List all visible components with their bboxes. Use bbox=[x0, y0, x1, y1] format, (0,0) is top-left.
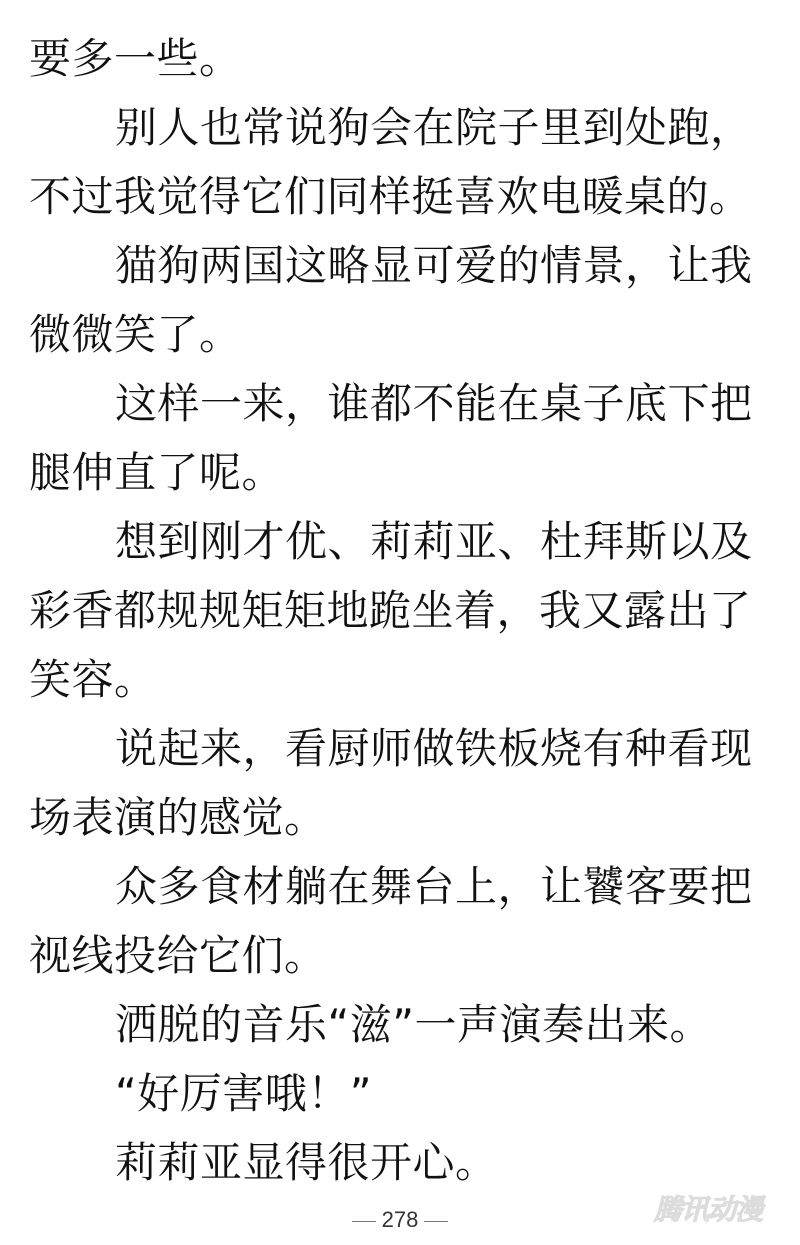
text-line: 微微笑了。 bbox=[29, 300, 777, 369]
page-number: 278 bbox=[382, 1207, 419, 1232]
page-text-body: 要多一些。 别人也常说狗会在院子里到处跑， 不过我觉得它们同样挺喜欢电暖桌的。 … bbox=[29, 24, 777, 1197]
text-line: 想到刚才优、莉莉亚、杜拜斯以及 bbox=[29, 507, 777, 576]
text-line: 笑容。 bbox=[29, 645, 777, 714]
text-line: 说起来，看厨师做铁板烧有种看现 bbox=[29, 714, 777, 783]
text-line: 腿伸直了呢。 bbox=[29, 438, 777, 507]
text-line: “好厉害哦！” bbox=[29, 1059, 777, 1128]
text-line: 猫狗两国这略显可爱的情景，让我 bbox=[29, 231, 777, 300]
text-line: 彩香都规规矩矩地跪坐着，我又露出了 bbox=[29, 576, 777, 645]
text-line: 不过我觉得它们同样挺喜欢电暖桌的。 bbox=[29, 162, 777, 231]
text-line: 这样一来，谁都不能在桌子底下把 bbox=[29, 369, 777, 438]
text-line: 要多一些。 bbox=[29, 24, 777, 93]
text-line: 洒脱的音乐“滋”一声演奏出来。 bbox=[29, 990, 777, 1059]
text-line: 场表演的感觉。 bbox=[29, 783, 777, 852]
text-line: 视线投给它们。 bbox=[29, 921, 777, 990]
text-line: 别人也常说狗会在院子里到处跑， bbox=[29, 93, 777, 162]
text-line: 众多食材躺在舞台上，让饕客要把 bbox=[29, 852, 777, 921]
watermark-logo: 腾讯动漫 bbox=[654, 1192, 776, 1228]
footer-dash-right bbox=[424, 1221, 448, 1222]
text-line: 莉莉亚显得很开心。 bbox=[29, 1128, 777, 1197]
footer-dash-left bbox=[352, 1221, 376, 1222]
